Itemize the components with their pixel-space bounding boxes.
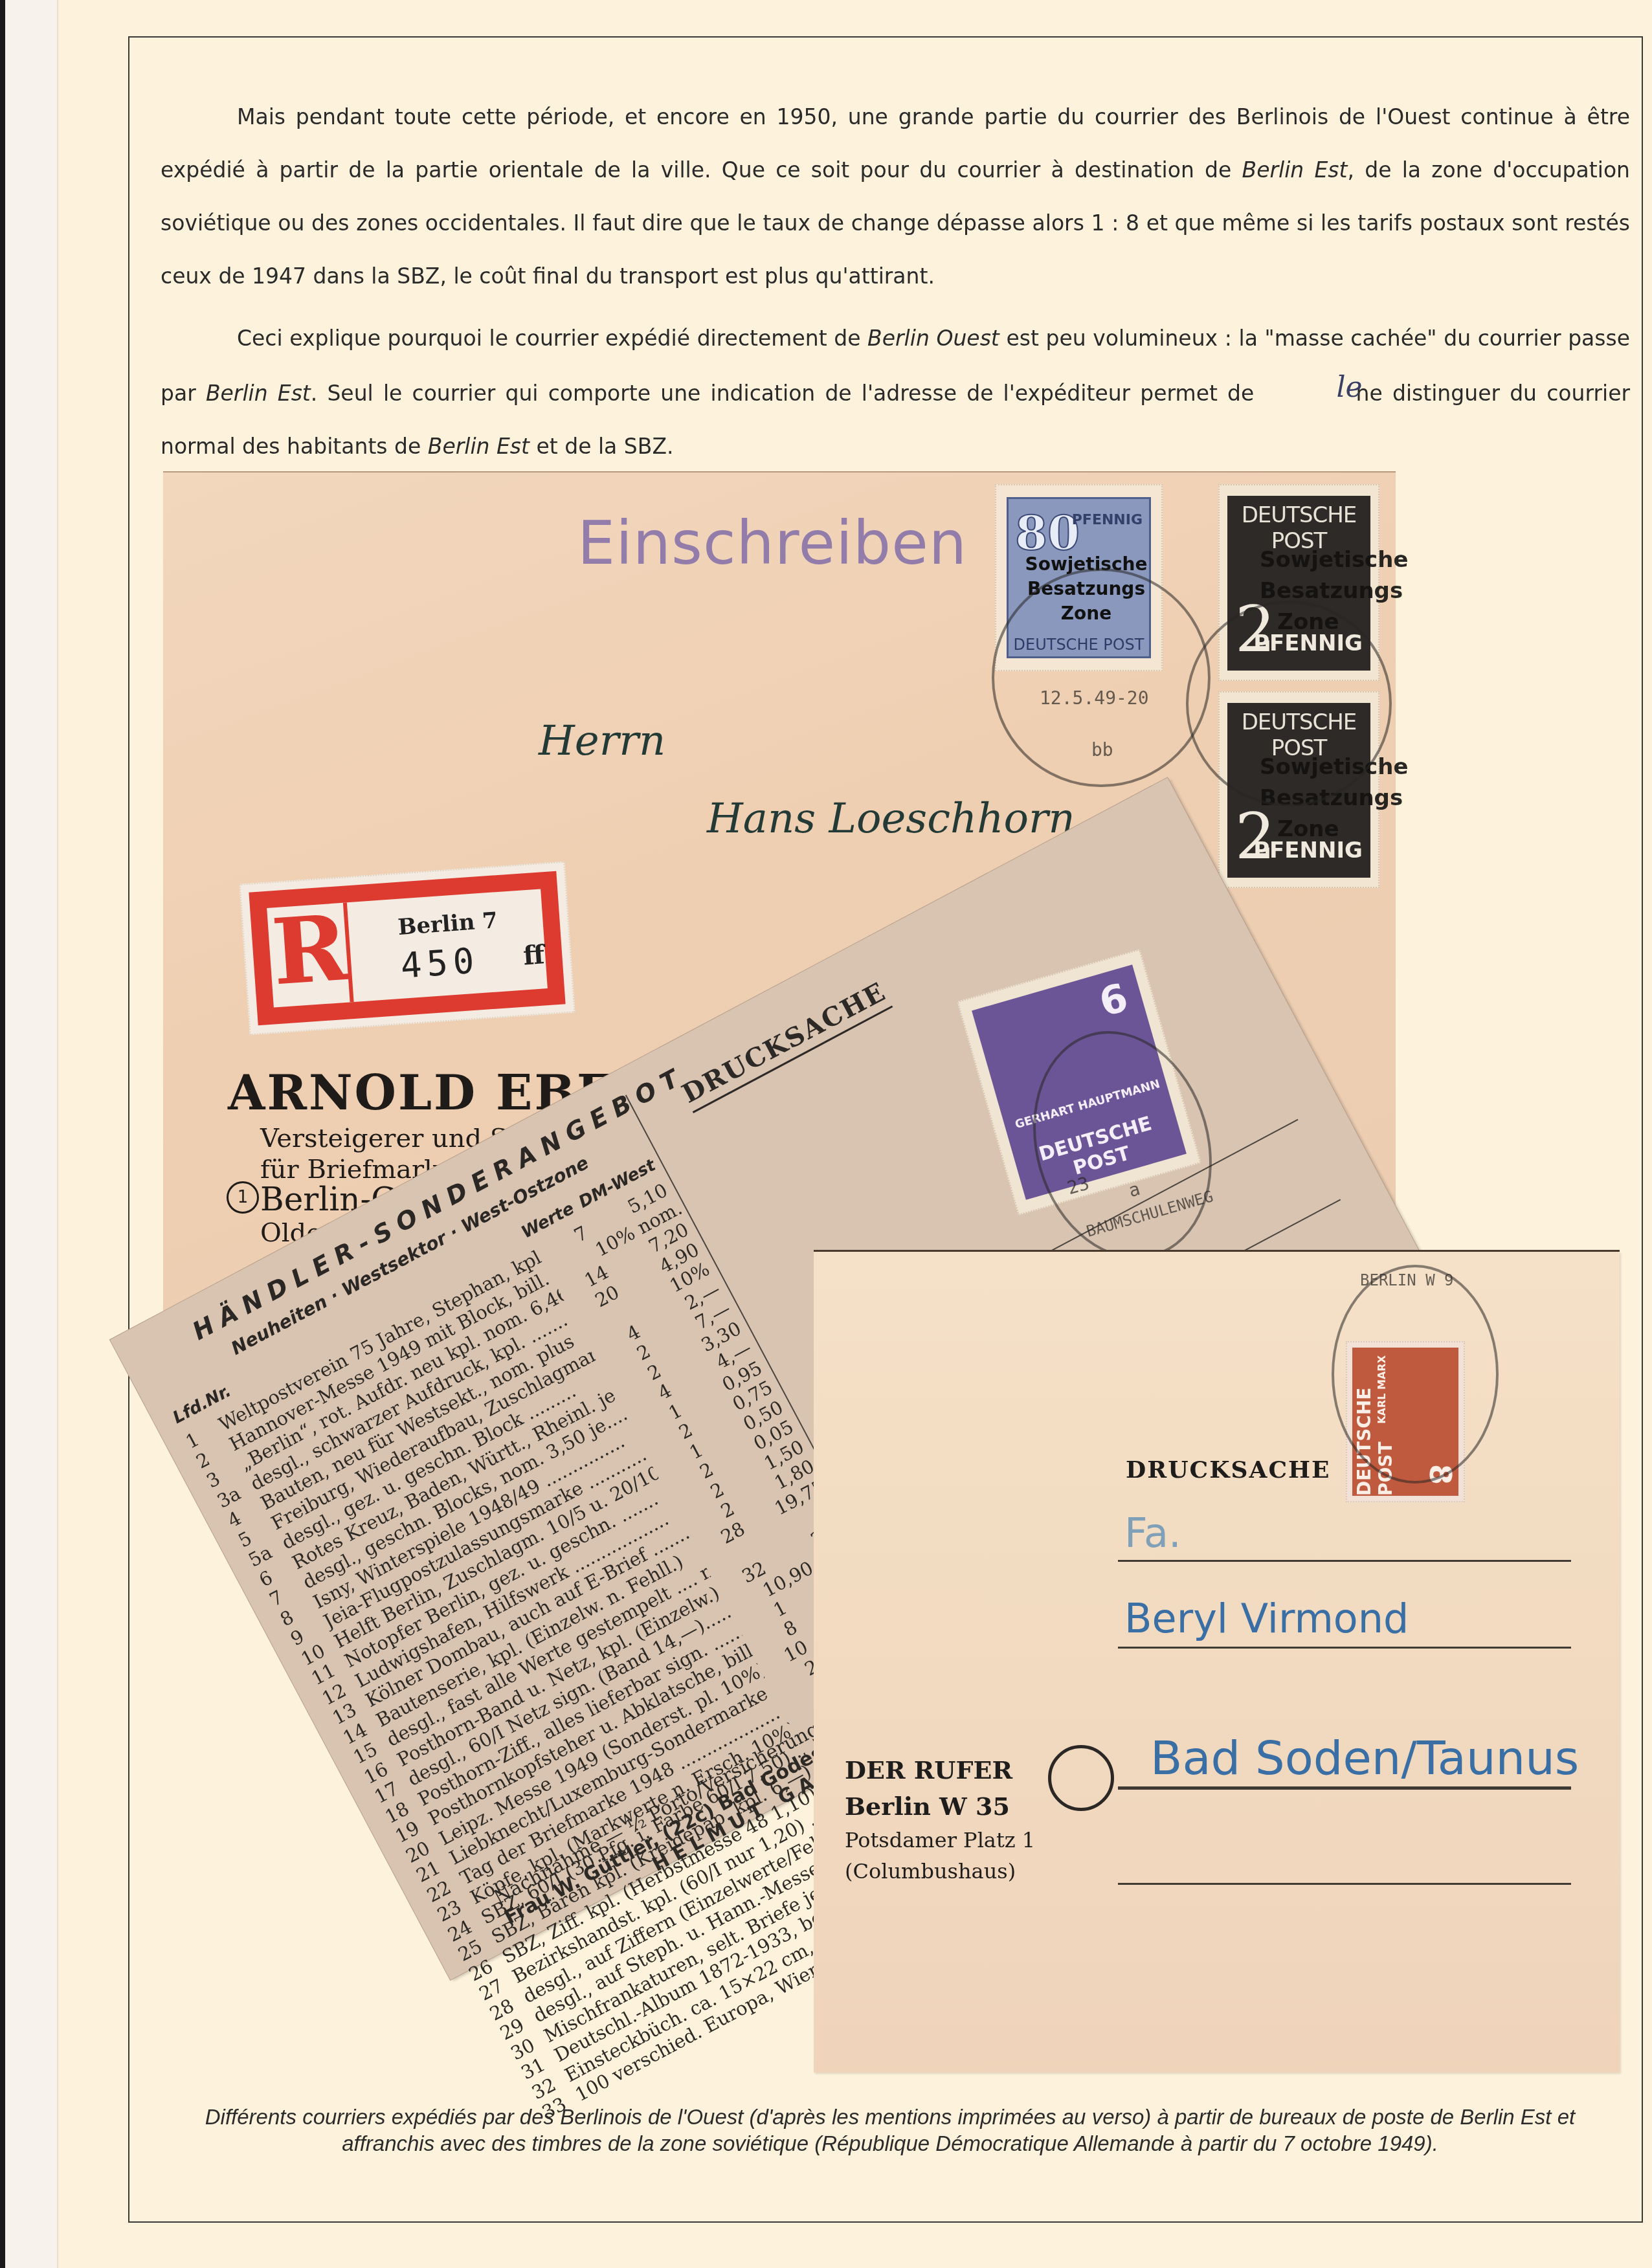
postal-district-circle: 1	[227, 1181, 259, 1214]
intro-text: Mais pendant toute cette période, et enc…	[161, 91, 1630, 473]
postmark-berlin-w9: BERLIN W 9	[1332, 1265, 1499, 1484]
stamp-unit: PFENNIG	[1072, 512, 1143, 528]
sender-city: Berlin W 35	[845, 1792, 1010, 1821]
postmark-1: 12.5.49-20 bb	[992, 568, 1211, 787]
drucksache-label: DRUCKSACHE	[1126, 1456, 1331, 1484]
registration-number: 450	[399, 940, 481, 986]
registration-letter: R	[269, 895, 352, 1006]
der-rufer-card: DRUCKSACHE DEUTSCHE POST KARL MARX 8 BER…	[814, 1252, 1620, 2073]
figure-caption: Différents courriers expédiés par des Be…	[162, 2104, 1618, 2157]
address-name: Hans Loeschhorn	[707, 795, 1075, 843]
address-line-1: Fa.	[1124, 1509, 1181, 1557]
einschreiben-handstamp: Einschreiben	[577, 509, 967, 578]
intro-paragraph-2: Ceci explique pourquoi le courrier expéd…	[161, 312, 1630, 473]
stamp-value: 6	[1095, 975, 1133, 1026]
address-line-3: Bad Soden/Taunus	[1150, 1731, 1579, 1785]
address-salutation: Herrn	[539, 717, 665, 765]
address-rule	[1118, 1883, 1571, 1885]
registration-suffix: ff	[522, 939, 546, 971]
scanner-edge	[0, 0, 58, 2268]
registration-office: Berlin 7	[397, 907, 498, 940]
sender-street: Potsdamer Platz 1	[845, 1828, 1035, 1852]
sender-building: (Columbushaus)	[845, 1859, 1016, 1884]
stamp-unit: PFENNIG	[1253, 838, 1363, 863]
address-rule	[1118, 1786, 1571, 1790]
postmark-2	[1186, 601, 1392, 806]
address-rule	[1118, 1560, 1571, 1562]
intro-paragraph-1: Mais pendant toute cette période, et enc…	[161, 91, 1630, 303]
handwritten-correction: le	[1260, 361, 1362, 414]
postal-district-circle	[1048, 1745, 1114, 1811]
sender-name: DER RUFER	[845, 1755, 1012, 1784]
address-line-2: Beryl Virmond	[1124, 1595, 1409, 1642]
registration-label: R Berlin 7 450 ff	[239, 862, 575, 1036]
address-rule	[1118, 1647, 1571, 1649]
